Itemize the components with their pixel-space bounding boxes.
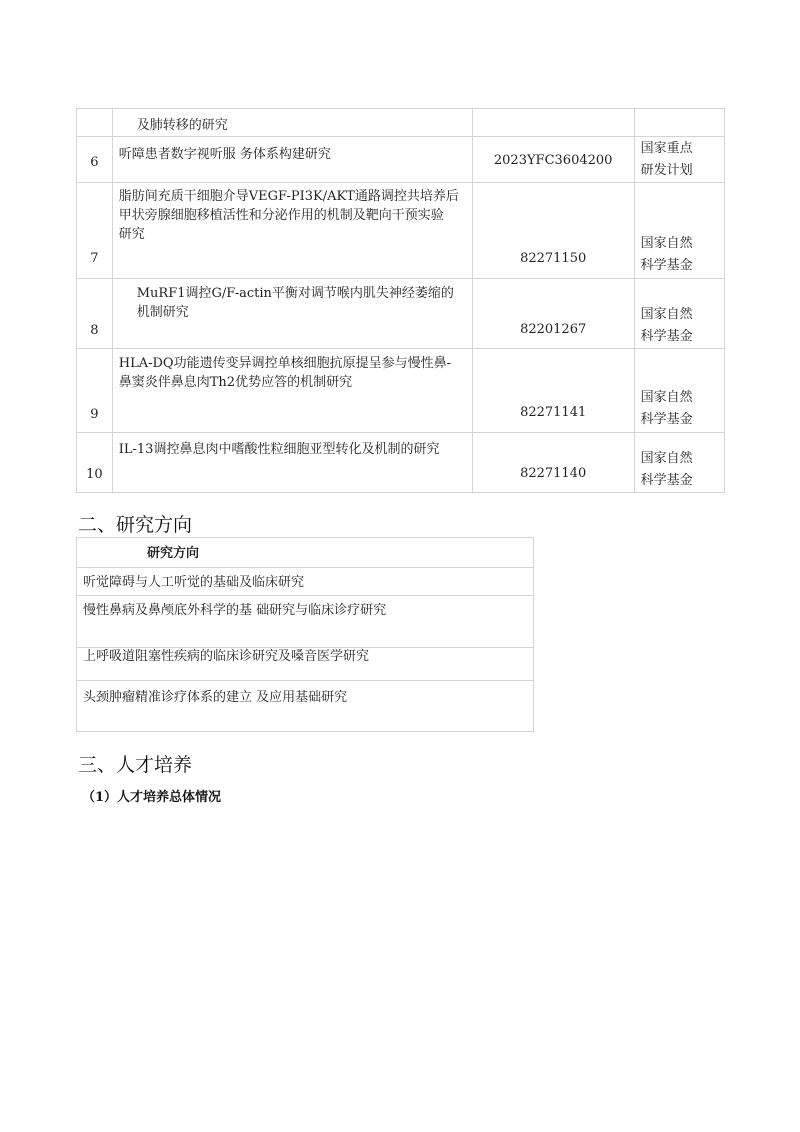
research-direction-item: 听觉障碍与人工听觉的基础及临床研究 (77, 568, 534, 596)
project-title: 脂肪间充质干细胞介导VEGF-PI3K/AKT通路调控共培养后 甲状旁腺细胞移植… (113, 183, 472, 244)
projects-table: 及肺转移的研究 6 听障患者数字视听服 务体系构建研究 2023YFC36042… (76, 108, 725, 493)
research-direction-item: 上呼吸道阻塞性疾病的临床诊研究及嗓音医学研究 (77, 648, 534, 681)
subheading-talent-overview: （1）人才培养总体情况 (82, 786, 221, 805)
project-title: HLA-DQ功能遗传变异调控单核细胞抗原提呈参与慢性鼻- 鼻窦炎伴鼻息肉Th2优… (113, 349, 472, 392)
table-row: 上呼吸道阻塞性疾病的临床诊研究及嗓音医学研究 (77, 648, 534, 681)
table-row: 头颈肿瘤精准诊疗体系的建立 及应用基础研究 (77, 681, 534, 732)
research-direction-table: 研究方向 听觉障碍与人工听觉的基础及临床研究 慢性鼻病及鼻颅底外科学的基 础研究… (76, 537, 534, 732)
project-title: MuRF1调控G/F-actin平衡对调节喉内肌失神经萎缩的 机制研究 (113, 279, 472, 322)
project-number: 9 (77, 405, 112, 424)
project-code: 82201267 (473, 320, 634, 339)
project-code: 2023YFC3604200 (473, 151, 634, 170)
table-row: 9 HLA-DQ功能遗传变异调控单核细胞抗原提呈参与慢性鼻- 鼻窦炎伴鼻息肉Th… (77, 349, 725, 433)
section-heading-research-direction: 二、研究方向 (78, 510, 192, 537)
project-source: 国家自然 科学基金 (641, 233, 693, 277)
title-cell: 及肺转移的研究 (112, 109, 472, 137)
project-source: 国家重点 研发计划 (641, 138, 693, 182)
project-title: 听障患者数字视听服 务体系构建研究 (113, 137, 472, 164)
research-direction-item: 慢性鼻病及鼻颅底外科学的基 础研究与临床诊疗研究 (77, 596, 534, 648)
section-heading-talent-cultivation: 三、人才培养 (78, 750, 192, 777)
project-code: 82271150 (473, 249, 634, 268)
table-row: 6 听障患者数字视听服 务体系构建研究 2023YFC3604200 国家重点 … (77, 137, 725, 183)
table-header-row: 研究方向 (77, 538, 534, 568)
project-number: 7 (77, 249, 112, 268)
table-row: 听觉障碍与人工听觉的基础及临床研究 (77, 568, 534, 596)
project-code: 82271140 (473, 464, 634, 483)
project-source: 国家自然 科学基金 (641, 448, 693, 492)
table-row: 8 MuRF1调控G/F-actin平衡对调节喉内肌失神经萎缩的 机制研究 82… (77, 279, 725, 349)
project-source: 国家自然 科学基金 (641, 387, 693, 431)
project-source: 国家自然 科学基金 (641, 304, 693, 348)
table-header: 研究方向 (77, 538, 534, 568)
project-number: 6 (77, 153, 112, 172)
table-row: 7 脂肪间充质干细胞介导VEGF-PI3K/AKT通路调控共培养后 甲状旁腺细胞… (77, 183, 725, 279)
table-row-continued: 及肺转移的研究 (77, 109, 725, 137)
project-code: 82271141 (473, 403, 634, 422)
code-cell (472, 109, 634, 137)
table-row: 10 IL-13调控鼻息肉中嗜酸性粒细胞亚型转化及机制的研究 82271140 … (77, 433, 725, 493)
project-title: IL-13调控鼻息肉中嗜酸性粒细胞亚型转化及机制的研究 (113, 433, 472, 459)
research-direction-item: 头颈肿瘤精准诊疗体系的建立 及应用基础研究 (77, 681, 534, 732)
project-number: 8 (77, 321, 112, 340)
table-row: 慢性鼻病及鼻颅底外科学的基 础研究与临床诊疗研究 (77, 596, 534, 648)
project-title: 及肺转移的研究 (113, 109, 472, 135)
project-number: 10 (77, 465, 112, 484)
number-cell (77, 109, 113, 137)
source-cell (634, 109, 724, 137)
